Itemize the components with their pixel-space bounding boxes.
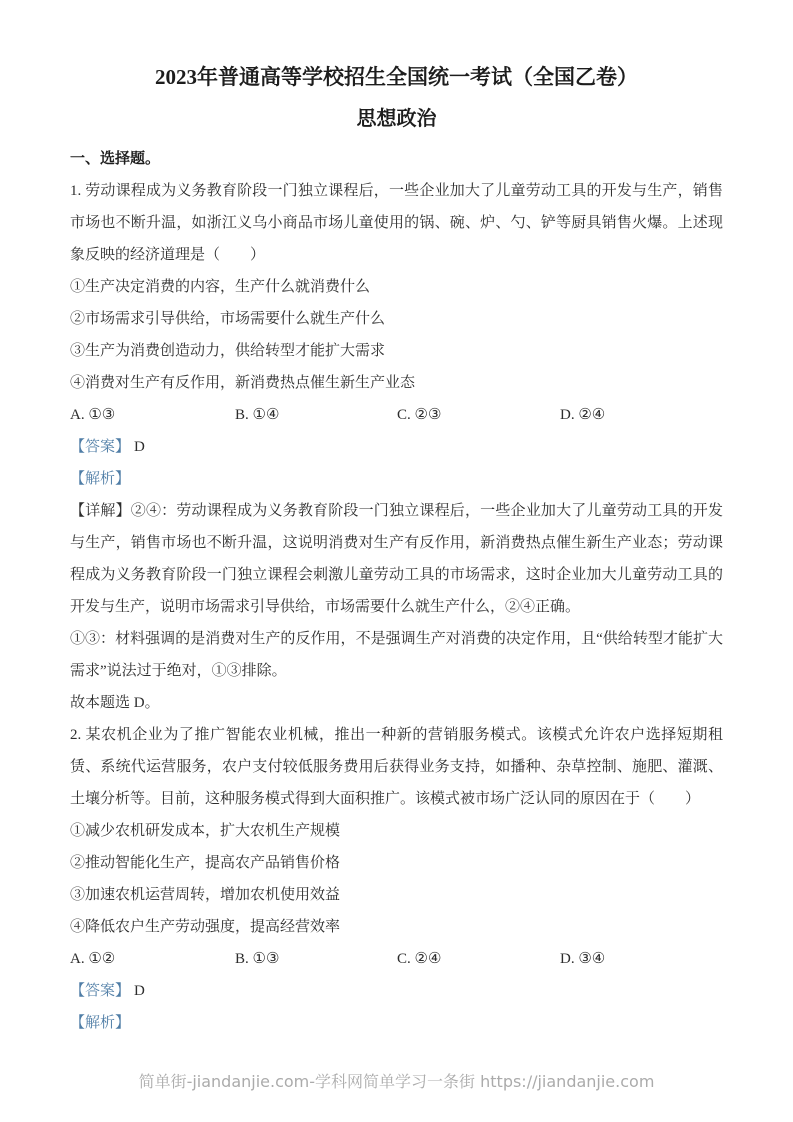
answer-value: D (134, 439, 145, 455)
explanation-paragraph-2: ①③：材料强调的是消费对生产的反作用，不是强调生产对消费的决定作用，且“供给转型… (70, 623, 723, 687)
choice-a: A. ①② (70, 943, 235, 975)
choice-c: C. ②④ (397, 943, 560, 975)
answer-tag: 【答案】 (70, 983, 130, 999)
statement-1: ①减少农机研发成本，扩大农机生产规模 (70, 815, 723, 847)
watermark-footer: 简单街-jiandanjie.com-学科网简单学习一条街 https://ji… (0, 1069, 793, 1092)
choice-row: A. ①② B. ①③ C. ②④ D. ③④ (70, 943, 723, 975)
statement-2: ②推动智能化生产，提高农产品销售价格 (70, 847, 723, 879)
analysis-tag: 【解析】 (70, 1015, 130, 1031)
choice-b: B. ①④ (235, 399, 397, 431)
section-heading: 一、选择题。 (70, 143, 723, 175)
answer-line: 【答案】D (70, 975, 723, 1007)
statement-2: ②市场需求引导供给，市场需要什么就生产什么 (70, 303, 723, 335)
statement-3: ③生产为消费创造动力，供给转型才能扩大需求 (70, 335, 723, 367)
question-2: 2. 某农机企业为了推广智能农业机械，推出一种新的营销服务模式。该模式允许农户选… (70, 719, 723, 1039)
choice-a: A. ①③ (70, 399, 235, 431)
statement-1: ①生产决定消费的内容，生产什么就消费什么 (70, 271, 723, 303)
analysis-tag: 【解析】 (70, 471, 130, 487)
question-stem: 2. 某农机企业为了推广智能农业机械，推出一种新的营销服务模式。该模式允许农户选… (70, 719, 723, 815)
answer-line: 【答案】D (70, 431, 723, 463)
question-stem: 1. 劳动课程成为义务教育阶段一门独立课程后，一些企业加大了儿童劳动工具的开发与… (70, 175, 723, 271)
answer-tag: 【答案】 (70, 439, 130, 455)
page-title: 2023年普通高等学校招生全国统一考试（全国乙卷） (70, 62, 723, 92)
exam-body: 一、选择题。 1. 劳动课程成为义务教育阶段一门独立课程后，一些企业加大了儿童劳… (70, 143, 723, 1039)
choice-d: D. ②④ (560, 399, 723, 431)
statement-4: ④降低农户生产劳动强度，提高经营效率 (70, 911, 723, 943)
choice-b: B. ①③ (235, 943, 397, 975)
choice-d: D. ③④ (560, 943, 723, 975)
page-subtitle: 思想政治 (70, 105, 723, 133)
explanation-paragraph-1: 【详解】②④：劳动课程成为义务教育阶段一门独立课程后，一些企业加大了儿童劳动工具… (70, 495, 723, 623)
answer-value: D (134, 983, 145, 999)
analysis-line: 【解析】 (70, 463, 723, 495)
exam-paper-page: 2023年普通高等学校招生全国统一考试（全国乙卷） 思想政治 一、选择题。 1.… (0, 0, 793, 1122)
page-content: 2023年普通高等学校招生全国统一考试（全国乙卷） 思想政治 一、选择题。 1.… (70, 62, 723, 1039)
choice-c: C. ②③ (397, 399, 560, 431)
question-1: 1. 劳动课程成为义务教育阶段一门独立课程后，一些企业加大了儿童劳动工具的开发与… (70, 175, 723, 719)
explanation-conclusion: 故本题选 D。 (70, 687, 723, 719)
statement-4: ④消费对生产有反作用，新消费热点催生新生产业态 (70, 367, 723, 399)
analysis-line: 【解析】 (70, 1007, 723, 1039)
choice-row: A. ①③ B. ①④ C. ②③ D. ②④ (70, 399, 723, 431)
statement-3: ③加速农机运营周转，增加农机使用效益 (70, 879, 723, 911)
